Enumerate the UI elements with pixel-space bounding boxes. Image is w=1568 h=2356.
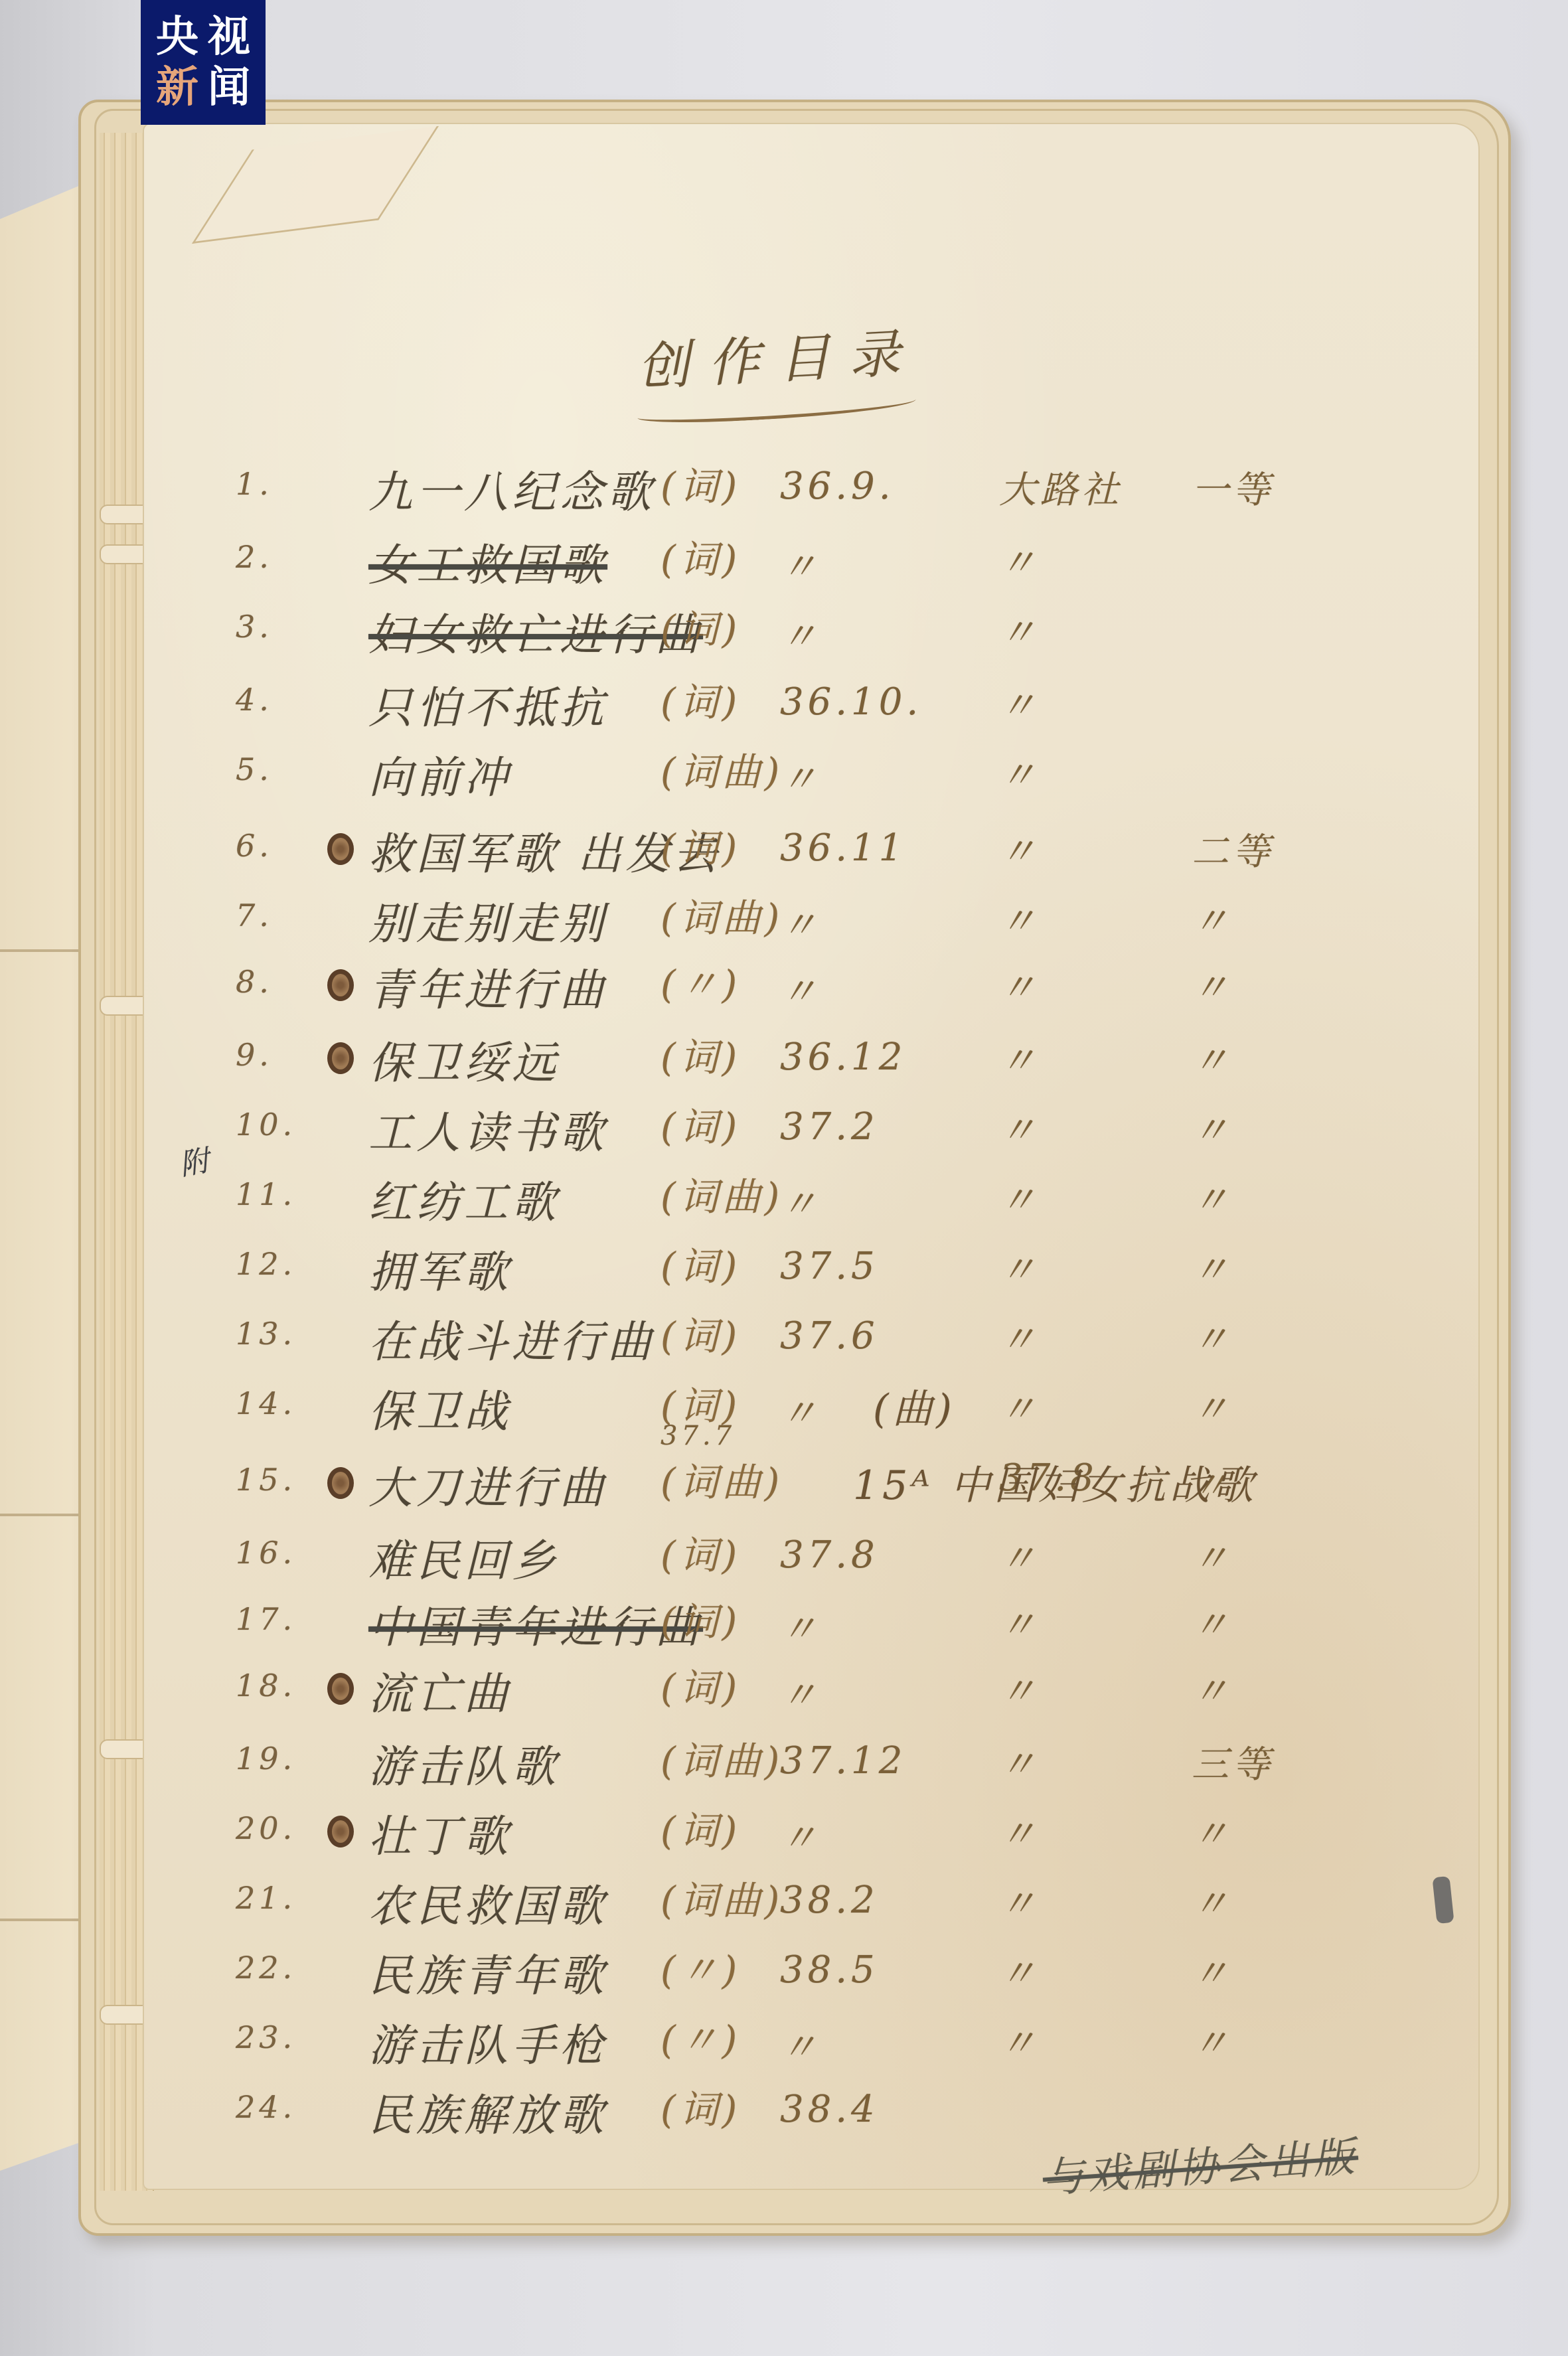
entry-grade: 〃 xyxy=(1192,1032,1233,1085)
entry-date: 36.9. xyxy=(780,465,895,508)
entry-publisher: 〃 xyxy=(999,746,1040,799)
entry-publisher: 〃 xyxy=(999,1032,1040,1085)
entry-title: 游击队手枪 xyxy=(368,2010,607,2073)
entry-date: 37.5 xyxy=(780,1245,879,1288)
entry-number: 2. xyxy=(236,539,273,575)
entry-type: (词) xyxy=(661,817,741,873)
list-item: 11.红纺工歌(词曲)〃〃〃 xyxy=(236,1162,1311,1228)
logo-char: 闻 xyxy=(208,64,250,112)
entry-grade: 〃 xyxy=(1192,1380,1233,1433)
list-item: 12.拥军歌(词)37.5〃〃 xyxy=(236,1231,1311,1298)
entry-grade: 〃 xyxy=(1192,892,1233,945)
entry-date: 37.7 xyxy=(661,1421,736,1451)
entry-date: 〃 xyxy=(780,1600,821,1653)
circle-mark-icon xyxy=(327,833,354,865)
entry-title: 壮丁歌 xyxy=(368,1801,512,1864)
entry-publisher: 〃 xyxy=(999,603,1040,657)
entry-number: 19. xyxy=(236,1741,296,1776)
entry-grade: 〃 xyxy=(1192,1171,1233,1224)
list-item: 13.在战斗进行曲(词)37.6〃〃 xyxy=(236,1301,1311,1368)
entry-publisher: 〃 xyxy=(999,1171,1040,1224)
entry-number: 11. xyxy=(236,1176,296,1212)
entry-type: (词) xyxy=(661,1524,741,1580)
entry-number: 15. xyxy=(236,1462,296,1498)
entry-title: 青年进行曲 xyxy=(368,955,607,1018)
entry-date: 37.6 xyxy=(780,1314,879,1358)
entry-title: 民族解放歌 xyxy=(368,2080,607,2143)
entry-type: (词曲) xyxy=(661,1451,783,1507)
entry-publisher: 〃 xyxy=(999,959,1040,1012)
cctv-news-logo: 央 视 新 闻 xyxy=(141,0,266,125)
entry-date: 36.11 xyxy=(780,826,906,870)
entry-date: 38.4 xyxy=(780,2088,879,2131)
entry-publisher: 〃 xyxy=(999,1241,1040,1294)
entry-number: 10. xyxy=(236,1107,296,1142)
entry-title: 保卫战 xyxy=(368,1376,512,1439)
list-item: 18.流亡曲(词)〃〃〃 xyxy=(236,1653,1311,1719)
entry-date: 36.10. xyxy=(780,680,922,724)
entry-date: 〃 xyxy=(780,1384,821,1437)
entry-date: 38.5 xyxy=(780,1948,879,1992)
entry-type: (词) xyxy=(661,1096,741,1152)
entry-type: (词) xyxy=(661,1591,741,1646)
list-item: 9.保卫绥远(词)36.12〃〃 xyxy=(236,1022,1311,1089)
entry-type: (词曲) xyxy=(661,887,783,943)
entry-publisher: 〃 xyxy=(999,823,1040,876)
list-item: 23.游击队手枪(〃)〃〃〃 xyxy=(236,2005,1311,2071)
entry-number: 24. xyxy=(236,2089,296,2125)
list-item: 1.九一八纪念歌(词)36.9.大路社一等 xyxy=(236,451,1311,518)
list-item: 22.民族青年歌(〃)38.5〃〃 xyxy=(236,1935,1311,2002)
entry-grade: 〃 xyxy=(1192,1662,1233,1715)
entry-number: 5. xyxy=(236,751,273,787)
entry-number: 9. xyxy=(236,1037,273,1073)
entry-grade: 三等 xyxy=(1192,1735,1274,1788)
entry-date: 〃 xyxy=(780,963,821,1016)
circle-mark-icon xyxy=(327,1467,354,1499)
entry-publisher: 〃 xyxy=(999,1805,1040,1858)
entry-number: 14. xyxy=(236,1385,296,1421)
entry-number: 6. xyxy=(236,828,273,864)
entry-date: 〃 xyxy=(780,1175,821,1228)
entry-type: (〃) xyxy=(661,2009,741,2065)
ink-smudge xyxy=(1432,1876,1454,1924)
entry-title: 拥军歌 xyxy=(368,1237,512,1300)
entry-title: 流亡曲 xyxy=(368,1658,512,1721)
list-item: 19.游击队歌(词曲)37.12〃三等 xyxy=(236,1726,1311,1792)
logo-char: 新 xyxy=(156,64,198,112)
list-item: 8.青年进行曲(〃)〃〃〃 xyxy=(236,949,1311,1016)
list-item: 17.中国青年进行曲(词)〃〃〃 xyxy=(236,1587,1311,1653)
list-item: 24.民族解放歌(词)38.4 xyxy=(236,2075,1311,2141)
list-item: 5.向前冲(词曲)〃〃 xyxy=(236,737,1311,803)
entry-publisher: 〃 xyxy=(999,1875,1040,1928)
entry-type: (词) xyxy=(661,2079,741,2134)
entry-title: 向前冲 xyxy=(368,742,512,805)
entry-grade: 〃 xyxy=(1192,1101,1233,1154)
list-item: 4.只怕不抵抗(词)36.10.〃 xyxy=(236,667,1311,734)
entry-grade: 〃 xyxy=(1192,1596,1233,1649)
entry-number: 21. xyxy=(236,1880,296,1916)
entry-date: 38.2 xyxy=(780,1879,879,1922)
entry-publisher: 〃 xyxy=(999,1380,1040,1433)
entry-title: 女工救国歌 xyxy=(368,530,607,593)
entry-number: 16. xyxy=(236,1535,296,1571)
entry-type: (词) xyxy=(661,1235,741,1291)
entry-publisher: 〃 xyxy=(999,534,1040,587)
circle-mark-icon xyxy=(327,1042,354,1074)
entry-publisher: 〃 xyxy=(999,1101,1040,1154)
list-item: 2.女工救国歌(词)〃〃 xyxy=(236,524,1311,591)
entry-date: 〃 xyxy=(780,538,821,591)
logo-char: 央 xyxy=(156,13,198,61)
entry-grade: 〃 xyxy=(1192,1944,1233,1998)
entry-title: 只怕不抵抗 xyxy=(368,672,607,736)
entry-type: (词) xyxy=(661,598,741,654)
entry-type: (词) xyxy=(661,1305,741,1361)
entry-annotation: (曲) xyxy=(873,1377,956,1435)
entry-date: 〃 xyxy=(780,896,821,949)
entry-number: 12. xyxy=(236,1246,296,1282)
entry-title: 民族青年歌 xyxy=(368,1940,607,2003)
entry-publisher: 〃 xyxy=(999,892,1040,945)
page-corner-fold xyxy=(192,126,439,244)
entry-grade: 〃 xyxy=(1192,1530,1233,1583)
entry-date: 〃 xyxy=(780,1809,821,1862)
entry-type: (词) xyxy=(661,1026,741,1082)
entry-type: (词曲) xyxy=(661,1730,783,1786)
entry-date: 〃 xyxy=(780,1666,821,1719)
circle-mark-icon xyxy=(327,1816,354,1847)
manuscript-title: 创作目录 xyxy=(635,311,920,400)
list-item: 16.难民回乡(词)37.8〃〃 xyxy=(236,1520,1311,1587)
entry-publisher: 〃 xyxy=(999,1662,1040,1715)
entry-title: 难民回乡 xyxy=(368,1526,560,1589)
entry-number: 4. xyxy=(236,682,273,718)
list-item: 6.救国军歌 出发去(词)36.11〃二等 xyxy=(236,813,1311,880)
entry-title: 九一八纪念歌 xyxy=(368,457,655,520)
entry-grade: 二等 xyxy=(1192,823,1274,876)
entry-grade: 〃 xyxy=(1192,1805,1233,1858)
entry-title: 红纺工歌 xyxy=(368,1167,560,1230)
entry-type: (〃) xyxy=(661,953,741,1009)
entry-type: (词) xyxy=(661,528,741,584)
entry-type: (词) xyxy=(661,1800,741,1855)
list-item: 21.农民救国歌(词曲)38.2〃〃 xyxy=(236,1865,1311,1932)
entry-number: 20. xyxy=(236,1810,296,1846)
entry-publisher: 〃 xyxy=(999,676,1040,730)
entry-grade: 一等 xyxy=(1192,461,1274,514)
entry-number: 3. xyxy=(236,609,273,645)
entry-type: (词曲) xyxy=(661,1869,783,1925)
entry-date: 〃 xyxy=(780,607,821,661)
circle-mark-icon xyxy=(327,1673,354,1705)
entry-date: 37.8 xyxy=(780,1533,879,1577)
entry-type: (词) xyxy=(661,455,741,511)
entry-number: 17. xyxy=(236,1601,296,1637)
entry-date: 〃 xyxy=(780,750,821,803)
entry-grade: 〃 xyxy=(1192,959,1233,1012)
entry-number: 23. xyxy=(236,2019,296,2055)
entry-publisher: 〃 xyxy=(999,1944,1040,1998)
margin-note: 附 xyxy=(176,1136,216,1184)
entry-date: 36.12 xyxy=(780,1036,906,1079)
entry-type: (词) xyxy=(661,671,741,727)
logo-char: 视 xyxy=(208,13,250,61)
entry-grade: 〃 xyxy=(1192,2014,1233,2067)
entry-title: 在战斗进行曲 xyxy=(368,1306,655,1370)
entry-publisher: 〃 xyxy=(999,1596,1040,1649)
entry-title: 别走别走别 xyxy=(368,888,607,951)
entry-date: 37.2 xyxy=(780,1105,879,1148)
entry-number: 1. xyxy=(236,466,273,502)
entry-title: 农民救国歌 xyxy=(368,1871,607,1934)
entry-grade: 〃 xyxy=(1192,1875,1233,1928)
circle-mark-icon xyxy=(327,969,354,1001)
entry-title: 大刀进行曲 xyxy=(368,1453,607,1516)
entry-number: 13. xyxy=(236,1316,296,1352)
list-item: 14.保卫战(词)〃〃〃(曲) xyxy=(236,1371,1311,1437)
entry-type: (〃) xyxy=(661,1939,741,1995)
entry-publisher: 大路社 xyxy=(999,461,1123,514)
entry-number: 7. xyxy=(236,898,273,933)
entry-type: (词曲) xyxy=(661,741,783,797)
entry-type: (词) xyxy=(661,1657,741,1713)
list-item: 3.妇女救亡进行曲(词)〃〃 xyxy=(236,594,1311,661)
entry-grade: 〃 xyxy=(1192,1241,1233,1294)
entry-title: 保卫绥远 xyxy=(368,1028,560,1091)
entry-publisher: 〃 xyxy=(999,1530,1040,1583)
entry-date: 〃 xyxy=(780,2018,821,2071)
entry-number: 22. xyxy=(236,1950,296,1986)
entry-type: (词曲) xyxy=(661,1166,783,1221)
entry-date: 37.12 xyxy=(780,1739,906,1782)
entry-grade: 〃 xyxy=(1192,1310,1233,1364)
entry-number: 18. xyxy=(236,1668,296,1703)
entry-annotation: 15ᴬ 中国妇女抗战歌 xyxy=(853,1454,1257,1511)
list-item: 10.工人读书歌(词)37.2〃〃 xyxy=(236,1092,1311,1158)
list-item: 20.壮丁歌(词)〃〃〃 xyxy=(236,1796,1311,1862)
entry-title: 游击队歌 xyxy=(368,1731,560,1794)
entry-publisher: 〃 xyxy=(999,1310,1040,1364)
list-item: 7.别走别走别(词曲)〃〃〃 xyxy=(236,883,1311,949)
entry-title: 中国青年进行曲 xyxy=(368,1592,703,1655)
entry-number: 8. xyxy=(236,964,273,1000)
list-item: 15.大刀进行曲(词曲)37.737.8〃15ᴬ 中国妇女抗战歌 xyxy=(236,1447,1311,1514)
entry-publisher: 〃 xyxy=(999,2014,1040,2067)
entry-publisher: 〃 xyxy=(999,1735,1040,1788)
entry-title: 工人读书歌 xyxy=(368,1097,607,1160)
entry-title: 妇女救亡进行曲 xyxy=(368,599,703,663)
